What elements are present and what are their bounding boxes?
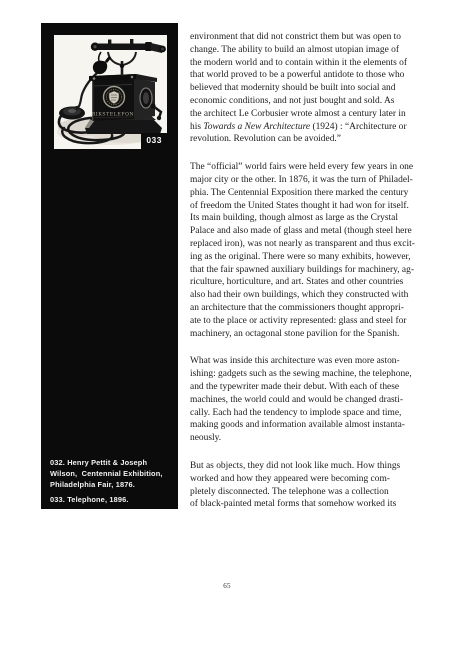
body-text: environment that did not constrict them …: [190, 31, 423, 526]
text-line: environment that did not constrict them …: [190, 31, 423, 44]
text-line: But as objects, they did not look like m…: [190, 460, 423, 473]
text-line: of black-painted metal forms that someho…: [190, 498, 423, 511]
text-line: riculture, horticulture, and art. States…: [190, 276, 423, 289]
text-line: cally. Each had the tendency to implode …: [190, 407, 423, 420]
paragraph: environment that did not constrict them …: [190, 31, 423, 146]
text-line: machines, the world could and would be c…: [190, 394, 423, 407]
text-line: of freedom the United States thought it …: [190, 200, 423, 213]
text-line: and the typewriter made their debut. Wit…: [190, 381, 423, 394]
text-line: machinery, an octagonal stone pavilion f…: [190, 328, 423, 341]
text-line: The “official” world fairs were held eve…: [190, 161, 423, 174]
text-line: the modern world and to contain within i…: [190, 57, 423, 70]
paragraph: But as objects, they did not look like m…: [190, 460, 423, 511]
text-line: worked and how they appeared were becomi…: [190, 473, 423, 486]
text-line: making goods and information available a…: [190, 419, 423, 432]
page-number: 65: [0, 582, 454, 590]
text-line: the architect Le Corbusier wrote almost …: [190, 108, 423, 121]
text-line: ing as the original. There were so many …: [190, 251, 423, 264]
telephone-figure: RIKSTELEFON: [54, 35, 167, 149]
telephone-plate-text: RIKSTELEFON: [92, 112, 134, 118]
text-line: neously.: [190, 432, 423, 445]
figure-panel: RIKSTELEFON: [41, 23, 178, 509]
text-line: ishing: gadgets such as the sewing machi…: [190, 368, 423, 381]
telephone-illustration: RIKSTELEFON: [54, 35, 167, 149]
text-line: also had their own buildings, which they…: [190, 289, 423, 302]
figure-number-badge: 033: [141, 133, 167, 149]
paragraph: What was inside this architecture was ev…: [190, 355, 423, 445]
caption-line: Wilson, Centennial Exhibition,: [50, 468, 175, 479]
text-line: replaced iron), was not nearly as transp…: [190, 238, 423, 251]
text-line: ate to the place or activity represented…: [190, 315, 423, 328]
caption: 033. Telephone, 1896.: [50, 494, 175, 505]
text-line: revolution. Revolution can be avoided.”: [190, 133, 423, 146]
text-line: that the fair spawned auxiliary building…: [190, 264, 423, 277]
caption-line: 033. Telephone, 1896.: [50, 494, 175, 505]
caption-line: Philadelphia Fair, 1876.: [50, 479, 175, 490]
text-line: What was inside this architecture was ev…: [190, 355, 423, 368]
text-line: economic conditions, and not just bought…: [190, 95, 423, 108]
text-line: phia. The Centennial Exposition there ma…: [190, 187, 423, 200]
paragraph: The “official” world fairs were held eve…: [190, 161, 423, 340]
caption: 032. Henry Pettit & JosephWilson, Centen…: [50, 457, 175, 490]
caption-line: 032. Henry Pettit & Joseph: [50, 457, 175, 468]
figure-captions: 032. Henry Pettit & JosephWilson, Centen…: [50, 457, 175, 505]
text-line: change. The ability to build an almost u…: [190, 44, 423, 57]
text-line: believed that modernity should be built …: [190, 82, 423, 95]
text-line: his Towards a New Architecture (1924) : …: [190, 121, 423, 134]
text-line: pletely disconnected. The telephone was …: [190, 486, 423, 499]
text-line: an architecture that the commissioners t…: [190, 302, 423, 315]
text-line: major city or the other. In 1876, it was…: [190, 174, 423, 187]
book-page: RIKSTELEFON: [0, 0, 454, 652]
text-line: Palace and also made of glass and metal …: [190, 225, 423, 238]
text-line: that world proved to be a powerful antid…: [190, 69, 423, 82]
text-line: Its main building, though almost as larg…: [190, 212, 423, 225]
